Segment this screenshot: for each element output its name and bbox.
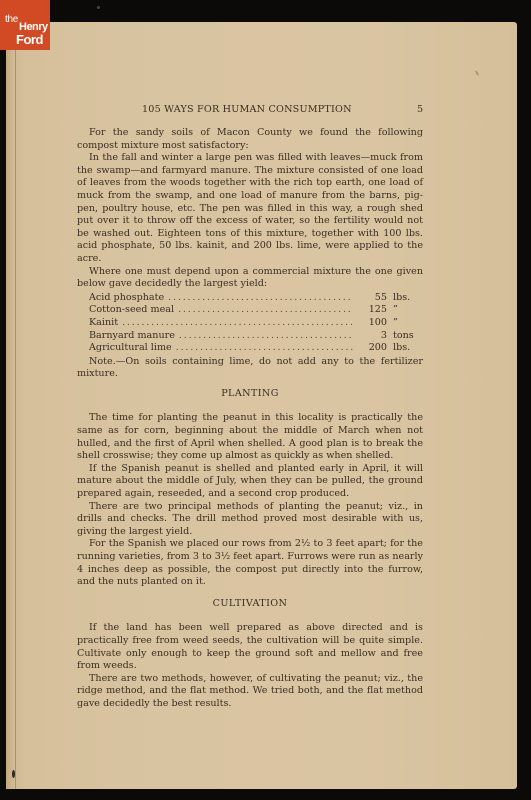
scan-speck [97,6,100,9]
logo-text-ford: Ford [16,33,43,46]
fertilizer-unit: lbs. [387,342,423,355]
fertilizer-unit: lbs. [387,292,423,305]
fertilizer-qty: 100 [357,317,387,330]
fertilizer-qty: 55 [357,292,387,305]
paragraph-planting-time: The time for planting the peanut in this… [77,412,423,462]
leader-dots: ........................................… [122,317,353,330]
fertilizer-unit: ” [387,317,423,330]
fertilizer-qty: 125 [357,304,387,317]
section-heading-cultivation: CULTIVATION [77,598,423,611]
scan-speck [12,770,15,778]
fertilizer-table: Acid phosphate .........................… [89,292,423,355]
paragraph-spanish-peanut: If the Spanish peanut is shelled and pla… [77,463,423,501]
leader-dots: ........................................… [179,330,353,343]
fertilizer-item: Acid phosphate [89,292,164,305]
henry-ford-logo: the Henry Ford [0,0,50,50]
logo-text-the: the [5,15,18,25]
paragraph-compost-intro: For the sandy soils of Macon County we f… [77,127,423,152]
fertilizer-item: Agricultural lime [89,342,172,355]
table-row: Agricultural lime ......................… [89,342,423,355]
paragraph-note: Note.—On soils containing lime, do not a… [77,356,423,381]
fertilizer-qty: 200 [357,342,387,355]
paragraph-cultivation-methods: There are two methods, however, of culti… [77,673,423,711]
page-text: 105 WAYS FOR HUMAN CONSUMPTION 5 For the… [77,100,423,711]
fertilizer-item: Barnyard manure [89,330,175,343]
fertilizer-qty: 3 [357,330,387,343]
fertilizer-unit: tons [387,330,423,343]
table-row: Cotton-seed meal .......................… [89,304,423,317]
section-heading-planting: PLANTING [77,388,423,401]
running-head-title: 105 WAYS FOR HUMAN CONSUMPTION [142,104,352,117]
paragraph-row-spacing: For the Spanish we placed our rows from … [77,538,423,588]
leader-dots: ........................................… [176,342,353,355]
paragraph-planting-methods: There are two principal methods of plant… [77,501,423,539]
fertilizer-item: Kainit [89,317,118,330]
page-binding-edge [6,22,16,789]
table-row: Barnyard manure ........................… [89,330,423,343]
paragraph-commercial-mixture: Where one must depend upon a commercial … [77,266,423,291]
paragraph-cultivation-prep: If the land has been well prepared as ab… [77,622,423,672]
running-head: 105 WAYS FOR HUMAN CONSUMPTION 5 [77,100,423,114]
page-number: 5 [417,104,423,117]
fertilizer-item: Cotton-seed meal [89,304,174,317]
table-row: Kainit .................................… [89,317,423,330]
scanned-page-viewer: the Henry Ford 105 WAYS FOR HUMAN CONSUM… [0,0,531,800]
table-row: Acid phosphate .........................… [89,292,423,305]
leader-dots: ........................................… [178,304,353,317]
leader-dots: ........................................… [168,292,353,305]
paragraph-compost-method: In the fall and winter a large pen was f… [77,152,423,265]
fertilizer-unit: ” [387,304,423,317]
